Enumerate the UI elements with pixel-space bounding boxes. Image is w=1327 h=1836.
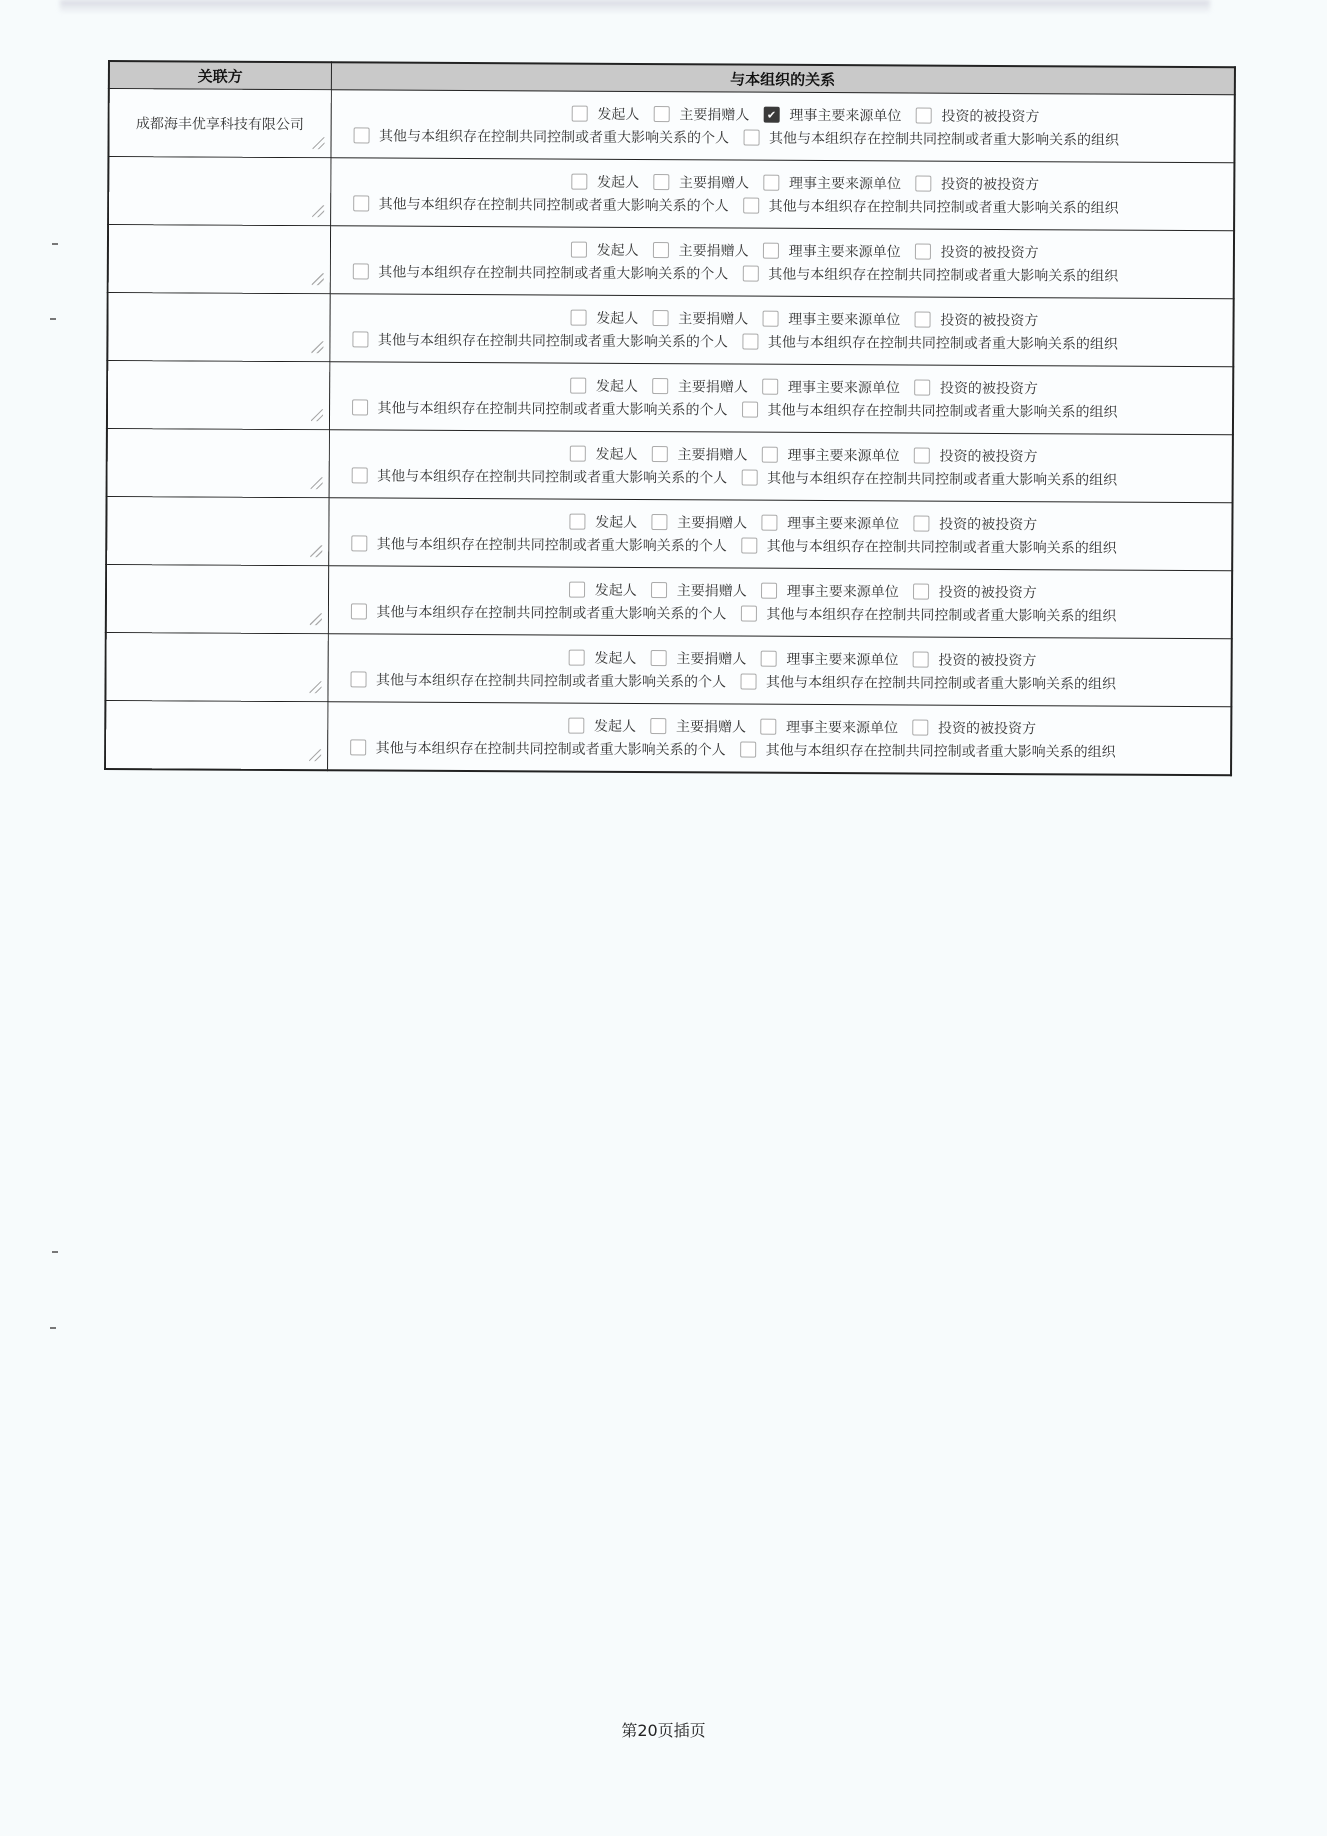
option-label: 主要捐赠人 (679, 172, 749, 192)
checkbox[interactable] (569, 514, 585, 530)
option-major-donor[interactable]: 主要捐赠人 (651, 580, 747, 601)
checkbox[interactable] (762, 311, 778, 327)
option-label: 理事主要来源单位 (788, 377, 900, 398)
checkbox[interactable] (761, 515, 777, 531)
options-line: 其他与本组织存在控制共同控制或者重大影响关系的个人其他与本组织存在控制共同控制或… (330, 261, 1233, 286)
option-label: 发起人 (594, 648, 636, 668)
relationship-options: 发起人主要捐赠人理事主要来源单位投资的被投资方其他与本组织存在控制共同控制或者重… (329, 294, 1233, 367)
checkbox[interactable] (353, 127, 369, 143)
option-major-donor[interactable]: 主要捐赠人 (653, 104, 749, 125)
options-line: 其他与本组织存在控制共同控制或者重大影响关系的个人其他与本组织存在控制共同控制或… (329, 533, 1232, 558)
resize-handle-icon[interactable] (311, 341, 323, 353)
option-label: 其他与本组织存在控制共同控制或者重大影响关系的个人 (376, 670, 726, 692)
option-label: 发起人 (596, 308, 638, 328)
scan-artifact (60, 0, 1210, 14)
option-label: 发起人 (597, 240, 639, 260)
option-major-donor[interactable]: 主要捐赠人 (652, 308, 748, 329)
option-related-individual[interactable]: 其他与本组织存在控制共同控制或者重大影响关系的个人 (352, 329, 728, 351)
option-founder[interactable]: 发起人 (571, 240, 639, 260)
option-label: 其他与本组织存在控制共同控制或者重大影响关系的组织 (768, 332, 1118, 354)
option-director-source-unit[interactable]: 理事主要来源单位 (762, 377, 900, 398)
relationship-options: 发起人主要捐赠人理事主要来源单位投资的被投资方其他与本组织存在控制共同控制或者重… (329, 430, 1233, 503)
options-line: 其他与本组织存在控制共同控制或者重大影响关系的个人其他与本组织存在控制共同控制或… (328, 737, 1231, 762)
related-party-table: 关联方 与本组织的关系 成都海丰优享科技有限公司发起人主要捐赠人✔理事主要来源单… (104, 60, 1236, 776)
relationship-options: 发起人主要捐赠人理事主要来源单位投资的被投资方其他与本组织存在控制共同控制或者重… (327, 702, 1231, 776)
option-founder[interactable]: 发起人 (570, 308, 638, 328)
header-party: 关联方 (109, 61, 331, 90)
option-label: 主要捐赠人 (677, 580, 747, 600)
option-label: 其他与本组织存在控制共同控制或者重大影响关系的组织 (768, 264, 1118, 286)
checkbox[interactable] (760, 651, 776, 667)
checkbox[interactable] (571, 106, 587, 122)
option-label: 其他与本组织存在控制共同控制或者重大影响关系的个人 (377, 534, 727, 556)
option-label: 理事主要来源单位 (786, 717, 898, 738)
checkbox[interactable] (351, 467, 367, 483)
option-founder[interactable]: 发起人 (568, 716, 636, 736)
checkbox[interactable] (652, 378, 668, 394)
option-label: 理事主要来源单位 (789, 173, 901, 194)
option-related-individual[interactable]: 其他与本组织存在控制共同控制或者重大影响关系的个人 (352, 397, 728, 419)
resize-handle-icon[interactable] (312, 137, 324, 149)
option-label: 主要捐赠人 (677, 512, 747, 532)
option-label: 发起人 (595, 580, 637, 600)
option-label: 发起人 (594, 716, 636, 736)
party-name-field[interactable] (105, 632, 327, 701)
checkbox[interactable] (350, 739, 366, 755)
checkbox[interactable] (653, 242, 669, 258)
checkbox[interactable] (568, 718, 584, 734)
checkbox[interactable] (760, 719, 776, 735)
options-line: 其他与本组织存在控制共同控制或者重大影响关系的个人其他与本组织存在控制共同控制或… (331, 125, 1234, 150)
option-related-individual[interactable]: 其他与本组织存在控制共同控制或者重大影响关系的个人 (351, 465, 727, 487)
option-major-donor[interactable]: 主要捐赠人 (653, 240, 749, 261)
option-label: 投资的被投资方 (939, 514, 1037, 535)
checkbox[interactable] (914, 312, 930, 328)
option-label: 理事主要来源单位 (789, 105, 901, 126)
relationship-options: 发起人主要捐赠人理事主要来源单位投资的被投资方其他与本组织存在控制共同控制或者重… (328, 566, 1232, 639)
option-label: 其他与本组织存在控制共同控制或者重大影响关系的组织 (767, 468, 1117, 490)
checkbox-checked[interactable]: ✔ (763, 107, 779, 123)
checkbox[interactable] (915, 176, 931, 192)
checkbox[interactable] (741, 538, 757, 554)
option-label: 发起人 (597, 172, 639, 192)
relationship-options: 发起人主要捐赠人理事主要来源单位投资的被投资方其他与本组织存在控制共同控制或者重… (328, 498, 1232, 571)
party-name-field[interactable] (105, 700, 327, 770)
option-label: 投资的被投资方 (941, 174, 1039, 195)
resize-handle-icon[interactable] (310, 545, 322, 557)
option-label: 主要捐赠人 (676, 716, 746, 736)
table-row: 发起人主要捐赠人理事主要来源单位投资的被投资方其他与本组织存在控制共同控制或者重… (107, 293, 1233, 367)
table-row: 发起人主要捐赠人理事主要来源单位投资的被投资方其他与本组织存在控制共同控制或者重… (108, 157, 1234, 231)
option-director-source-unit[interactable]: 理事主要来源单位 (760, 649, 898, 670)
table-row: 成都海丰优享科技有限公司发起人主要捐赠人✔理事主要来源单位投资的被投资方其他与本… (108, 89, 1234, 163)
option-investee[interactable]: 投资的被投资方 (914, 310, 1038, 331)
option-founder[interactable]: 发起人 (571, 104, 639, 124)
option-label: 其他与本组织存在控制共同控制或者重大影响关系的组织 (766, 672, 1116, 694)
options-line: 发起人主要捐赠人理事主要来源单位投资的被投资方 (328, 714, 1231, 739)
checkbox[interactable] (650, 650, 666, 666)
option-director-source-unit[interactable]: 理事主要来源单位 (762, 309, 900, 330)
options-line: 其他与本组织存在控制共同控制或者重大影响关系的个人其他与本组织存在控制共同控制或… (328, 601, 1231, 626)
option-related-individual[interactable]: 其他与本组织存在控制共同控制或者重大影响关系的个人 (351, 533, 727, 555)
option-related-organization[interactable]: 其他与本组织存在控制共同控制或者重大影响关系的组织 (742, 400, 1118, 422)
option-label: 投资的被投资方 (940, 378, 1038, 399)
option-label: 主要捐赠人 (678, 376, 748, 396)
checkbox[interactable] (569, 582, 585, 598)
option-label: 其他与本组织存在控制共同控制或者重大影响关系的个人 (379, 194, 729, 216)
checkbox[interactable] (763, 175, 779, 191)
option-related-organization[interactable]: 其他与本组织存在控制共同控制或者重大影响关系的组织 (743, 196, 1119, 218)
option-investee[interactable]: 投资的被投资方 (915, 242, 1039, 263)
table-row: 发起人主要捐赠人理事主要来源单位投资的被投资方其他与本组织存在控制共同控制或者重… (107, 428, 1233, 502)
party-name-field[interactable] (106, 496, 328, 565)
checkbox[interactable] (352, 399, 368, 415)
resize-handle-icon[interactable] (310, 409, 322, 421)
option-related-organization[interactable]: 其他与本组织存在控制共同控制或者重大影响关系的组织 (740, 740, 1116, 762)
option-label: 主要捐赠人 (679, 104, 749, 124)
options-line: 发起人主要捐赠人理事主要来源单位投资的被投资方 (328, 646, 1231, 671)
relationship-options: 发起人主要捐赠人理事主要来源单位投资的被投资方其他与本组织存在控制共同控制或者重… (330, 158, 1234, 231)
party-name-field[interactable] (106, 564, 328, 633)
option-label: 投资的被投资方 (938, 718, 1036, 739)
option-label: 发起人 (596, 444, 638, 464)
option-related-organization[interactable]: 其他与本组织存在控制共同控制或者重大影响关系的组织 (742, 332, 1118, 354)
party-name-field[interactable]: 成都海丰优享科技有限公司 (108, 89, 330, 158)
relationship-options: 发起人主要捐赠人理事主要来源单位投资的被投资方其他与本组织存在控制共同控制或者重… (329, 362, 1233, 435)
option-director-source-unit[interactable]: 理事主要来源单位 (763, 173, 901, 194)
relationship-options: 发起人主要捐赠人理事主要来源单位投资的被投资方其他与本组织存在控制共同控制或者重… (327, 634, 1231, 707)
option-related-individual[interactable]: 其他与本组织存在控制共同控制或者重大影响关系的个人 (350, 601, 726, 623)
checkbox[interactable] (651, 582, 667, 598)
option-label: 理事主要来源单位 (787, 581, 899, 602)
resize-handle-icon[interactable] (309, 749, 321, 761)
option-label: 其他与本组织存在控制共同控制或者重大影响关系的组织 (768, 400, 1118, 422)
checkbox[interactable] (570, 446, 586, 462)
checkbox[interactable] (741, 470, 757, 486)
options-line: 发起人主要捐赠人理事主要来源单位投资的被投资方 (329, 442, 1232, 467)
option-director-source-unit[interactable]: ✔理事主要来源单位 (763, 105, 901, 126)
option-investee[interactable]: 投资的被投资方 (913, 514, 1037, 535)
checkbox[interactable] (571, 242, 587, 258)
option-investee[interactable]: 投资的被投资方 (914, 378, 1038, 399)
option-major-donor[interactable]: 主要捐赠人 (650, 648, 746, 669)
option-label: 其他与本组织存在控制共同控制或者重大影响关系的个人 (376, 602, 726, 624)
checkbox[interactable] (915, 244, 931, 260)
option-label: 理事主要来源单位 (786, 649, 898, 670)
option-related-organization[interactable]: 其他与本组织存在控制共同控制或者重大影响关系的组织 (741, 536, 1117, 558)
option-label: 理事主要来源单位 (788, 309, 900, 330)
checkbox[interactable] (351, 535, 367, 551)
checkbox[interactable] (742, 402, 758, 418)
option-label: 其他与本组织存在控制共同控制或者重大影响关系的个人 (376, 738, 726, 760)
checkbox[interactable] (740, 742, 756, 758)
option-investee[interactable]: 投资的被投资方 (912, 650, 1036, 671)
checkbox[interactable] (652, 446, 668, 462)
option-founder[interactable]: 发起人 (570, 376, 638, 396)
table-row: 发起人主要捐赠人理事主要来源单位投资的被投资方其他与本组织存在控制共同控制或者重… (105, 632, 1231, 706)
option-label: 主要捐赠人 (678, 444, 748, 464)
checkbox[interactable] (762, 447, 778, 463)
options-line: 其他与本组织存在控制共同控制或者重大影响关系的个人其他与本组织存在控制共同控制或… (330, 397, 1233, 422)
options-line: 发起人主要捐赠人理事主要来源单位投资的被投资方 (330, 238, 1233, 263)
checkbox[interactable] (742, 334, 758, 350)
option-related-individual[interactable]: 其他与本组织存在控制共同控制或者重大影响关系的个人 (350, 669, 726, 691)
party-name-field[interactable] (107, 293, 329, 362)
option-label: 其他与本组织存在控制共同控制或者重大影响关系的组织 (766, 740, 1116, 762)
option-related-individual[interactable]: 其他与本组织存在控制共同控制或者重大影响关系的个人 (353, 125, 729, 147)
option-label: 投资的被投资方 (940, 310, 1038, 331)
checkbox[interactable] (350, 671, 366, 687)
resize-handle-icon[interactable] (311, 273, 323, 285)
checkbox[interactable] (352, 331, 368, 347)
checkbox[interactable] (650, 718, 666, 734)
table-row: 发起人主要捐赠人理事主要来源单位投资的被投资方其他与本组织存在控制共同控制或者重… (106, 496, 1232, 570)
option-label: 主要捐赠人 (679, 240, 749, 260)
option-label: 其他与本组织存在控制共同控制或者重大影响关系的组织 (766, 604, 1116, 626)
checkbox[interactable] (761, 583, 777, 599)
option-label: 其他与本组织存在控制共同控制或者重大影响关系的个人 (378, 262, 728, 284)
option-label: 理事主要来源单位 (787, 513, 899, 534)
margin-mark (52, 243, 58, 245)
option-founder[interactable]: 发起人 (570, 444, 638, 464)
checkmark-icon: ✔ (767, 109, 776, 120)
options-line: 其他与本组织存在控制共同控制或者重大影响关系的个人其他与本组织存在控制共同控制或… (330, 329, 1233, 354)
checkbox[interactable] (651, 514, 667, 530)
option-label: 投资的被投资方 (941, 242, 1039, 263)
option-major-donor[interactable]: 主要捐赠人 (651, 512, 747, 533)
checkbox[interactable] (570, 378, 586, 394)
checkbox[interactable] (353, 195, 369, 211)
table-row: 发起人主要捐赠人理事主要来源单位投资的被投资方其他与本组织存在控制共同控制或者重… (106, 564, 1232, 638)
party-name: 成都海丰优享科技有限公司 (136, 116, 304, 133)
option-founder[interactable]: 发起人 (569, 580, 637, 600)
option-director-source-unit[interactable]: 理事主要来源单位 (761, 581, 899, 602)
option-related-organization[interactable]: 其他与本组织存在控制共同控制或者重大影响关系的组织 (741, 468, 1117, 490)
options-line: 其他与本组织存在控制共同控制或者重大影响关系的个人其他与本组织存在控制共同控制或… (331, 193, 1234, 218)
checkbox[interactable] (652, 310, 668, 326)
checkbox[interactable] (740, 606, 756, 622)
options-line: 发起人主要捐赠人理事主要来源单位投资的被投资方 (328, 578, 1231, 603)
checkbox[interactable] (763, 243, 779, 259)
option-label: 其他与本组织存在控制共同控制或者重大影响关系的个人 (378, 330, 728, 352)
option-founder[interactable]: 发起人 (568, 648, 636, 668)
option-director-source-unit[interactable]: 理事主要来源单位 (762, 445, 900, 466)
checkbox[interactable] (571, 174, 587, 190)
option-founder[interactable]: 发起人 (569, 512, 637, 532)
checkbox[interactable] (350, 603, 366, 619)
checkbox[interactable] (914, 448, 930, 464)
options-line: 发起人主要捐赠人理事主要来源单位投资的被投资方 (330, 374, 1233, 399)
party-name-field[interactable] (107, 428, 329, 497)
checkbox[interactable] (743, 198, 759, 214)
checkbox[interactable] (653, 106, 669, 122)
option-label: 投资的被投资方 (938, 650, 1036, 671)
option-investee[interactable]: 投资的被投资方 (915, 106, 1039, 127)
option-label: 发起人 (597, 104, 639, 124)
option-label: 其他与本组织存在控制共同控制或者重大影响关系的组织 (769, 128, 1119, 150)
option-investee[interactable]: 投资的被投资方 (913, 582, 1037, 603)
option-related-individual[interactable]: 其他与本组织存在控制共同控制或者重大影响关系的个人 (353, 193, 729, 215)
option-label: 主要捐赠人 (676, 648, 746, 668)
option-label: 其他与本组织存在控制共同控制或者重大影响关系的个人 (377, 466, 727, 488)
option-label: 发起人 (595, 512, 637, 532)
resize-handle-icon[interactable] (309, 681, 321, 693)
option-label: 主要捐赠人 (678, 308, 748, 328)
option-major-donor[interactable]: 主要捐赠人 (650, 716, 746, 737)
margin-mark (52, 1251, 58, 1253)
relationship-options: 发起人主要捐赠人✔理事主要来源单位投资的被投资方其他与本组织存在控制共同控制或者… (330, 90, 1234, 163)
option-investee[interactable]: 投资的被投资方 (913, 446, 1037, 467)
relationship-options: 发起人主要捐赠人理事主要来源单位投资的被投资方其他与本组织存在控制共同控制或者重… (330, 226, 1234, 299)
option-investee[interactable]: 投资的被投资方 (912, 718, 1036, 739)
option-label: 理事主要来源单位 (787, 445, 899, 466)
option-label: 其他与本组织存在控制共同控制或者重大影响关系的个人 (378, 398, 728, 420)
checkbox[interactable] (742, 266, 758, 282)
checkbox[interactable] (352, 263, 368, 279)
option-major-donor[interactable]: 主要捐赠人 (653, 172, 749, 193)
resize-handle-icon[interactable] (310, 477, 322, 489)
table-row: 发起人主要捐赠人理事主要来源单位投资的被投资方其他与本组织存在控制共同控制或者重… (108, 225, 1234, 299)
checkbox[interactable] (570, 310, 586, 326)
party-name-field[interactable] (108, 225, 330, 294)
option-related-individual[interactable]: 其他与本组织存在控制共同控制或者重大影响关系的个人 (352, 261, 728, 283)
table-row: 发起人主要捐赠人理事主要来源单位投资的被投资方其他与本组织存在控制共同控制或者重… (107, 361, 1233, 435)
resize-handle-icon[interactable] (309, 613, 321, 625)
option-label: 投资的被投资方 (939, 446, 1037, 467)
page-footer: 第20页插页 (0, 1718, 1327, 1741)
party-name-field[interactable] (108, 157, 330, 226)
option-related-organization[interactable]: 其他与本组织存在控制共同控制或者重大影响关系的组织 (743, 128, 1119, 150)
option-related-organization[interactable]: 其他与本组织存在控制共同控制或者重大影响关系的组织 (740, 604, 1116, 626)
option-founder[interactable]: 发起人 (571, 172, 639, 192)
checkbox[interactable] (913, 516, 929, 532)
option-investee[interactable]: 投资的被投资方 (915, 174, 1039, 195)
option-label: 投资的被投资方 (941, 106, 1039, 127)
option-director-source-unit[interactable]: 理事主要来源单位 (761, 513, 899, 534)
margin-mark (50, 1327, 56, 1329)
table-row: 发起人主要捐赠人理事主要来源单位投资的被投资方其他与本组织存在控制共同控制或者重… (105, 700, 1231, 775)
checkbox[interactable] (762, 379, 778, 395)
option-related-organization[interactable]: 其他与本组织存在控制共同控制或者重大影响关系的组织 (742, 264, 1118, 286)
checkbox[interactable] (653, 174, 669, 190)
options-line: 其他与本组织存在控制共同控制或者重大影响关系的个人其他与本组织存在控制共同控制或… (328, 669, 1231, 694)
checkbox[interactable] (743, 130, 759, 146)
party-name-field[interactable] (107, 361, 329, 430)
option-director-source-unit[interactable]: 理事主要来源单位 (763, 241, 901, 262)
checkbox[interactable] (568, 650, 584, 666)
resize-handle-icon[interactable] (312, 205, 324, 217)
checkbox[interactable] (915, 108, 931, 124)
option-major-donor[interactable]: 主要捐赠人 (652, 444, 748, 465)
option-label: 其他与本组织存在控制共同控制或者重大影响关系的组织 (767, 536, 1117, 558)
option-major-donor[interactable]: 主要捐赠人 (652, 376, 748, 397)
options-line: 发起人主要捐赠人理事主要来源单位投资的被投资方 (330, 306, 1233, 331)
option-related-individual[interactable]: 其他与本组织存在控制共同控制或者重大影响关系的个人 (350, 737, 726, 759)
option-label: 其他与本组织存在控制共同控制或者重大影响关系的组织 (769, 196, 1119, 218)
option-label: 发起人 (596, 376, 638, 396)
checkbox[interactable] (912, 720, 928, 736)
options-line: 发起人主要捐赠人理事主要来源单位投资的被投资方 (331, 170, 1234, 195)
options-line: 其他与本组织存在控制共同控制或者重大影响关系的个人其他与本组织存在控制共同控制或… (329, 465, 1232, 490)
margin-mark (50, 318, 56, 320)
checkbox[interactable] (912, 652, 928, 668)
checkbox[interactable] (914, 380, 930, 396)
options-line: 发起人主要捐赠人理事主要来源单位投资的被投资方 (329, 510, 1232, 535)
checkbox[interactable] (740, 674, 756, 690)
option-label: 理事主要来源单位 (789, 241, 901, 262)
checkbox[interactable] (913, 584, 929, 600)
option-related-organization[interactable]: 其他与本组织存在控制共同控制或者重大影响关系的组织 (740, 672, 1116, 694)
option-label: 投资的被投资方 (939, 582, 1037, 603)
options-line: 发起人主要捐赠人✔理事主要来源单位投资的被投资方 (331, 102, 1234, 127)
option-label: 其他与本组织存在控制共同控制或者重大影响关系的个人 (379, 126, 729, 148)
option-director-source-unit[interactable]: 理事主要来源单位 (760, 717, 898, 738)
